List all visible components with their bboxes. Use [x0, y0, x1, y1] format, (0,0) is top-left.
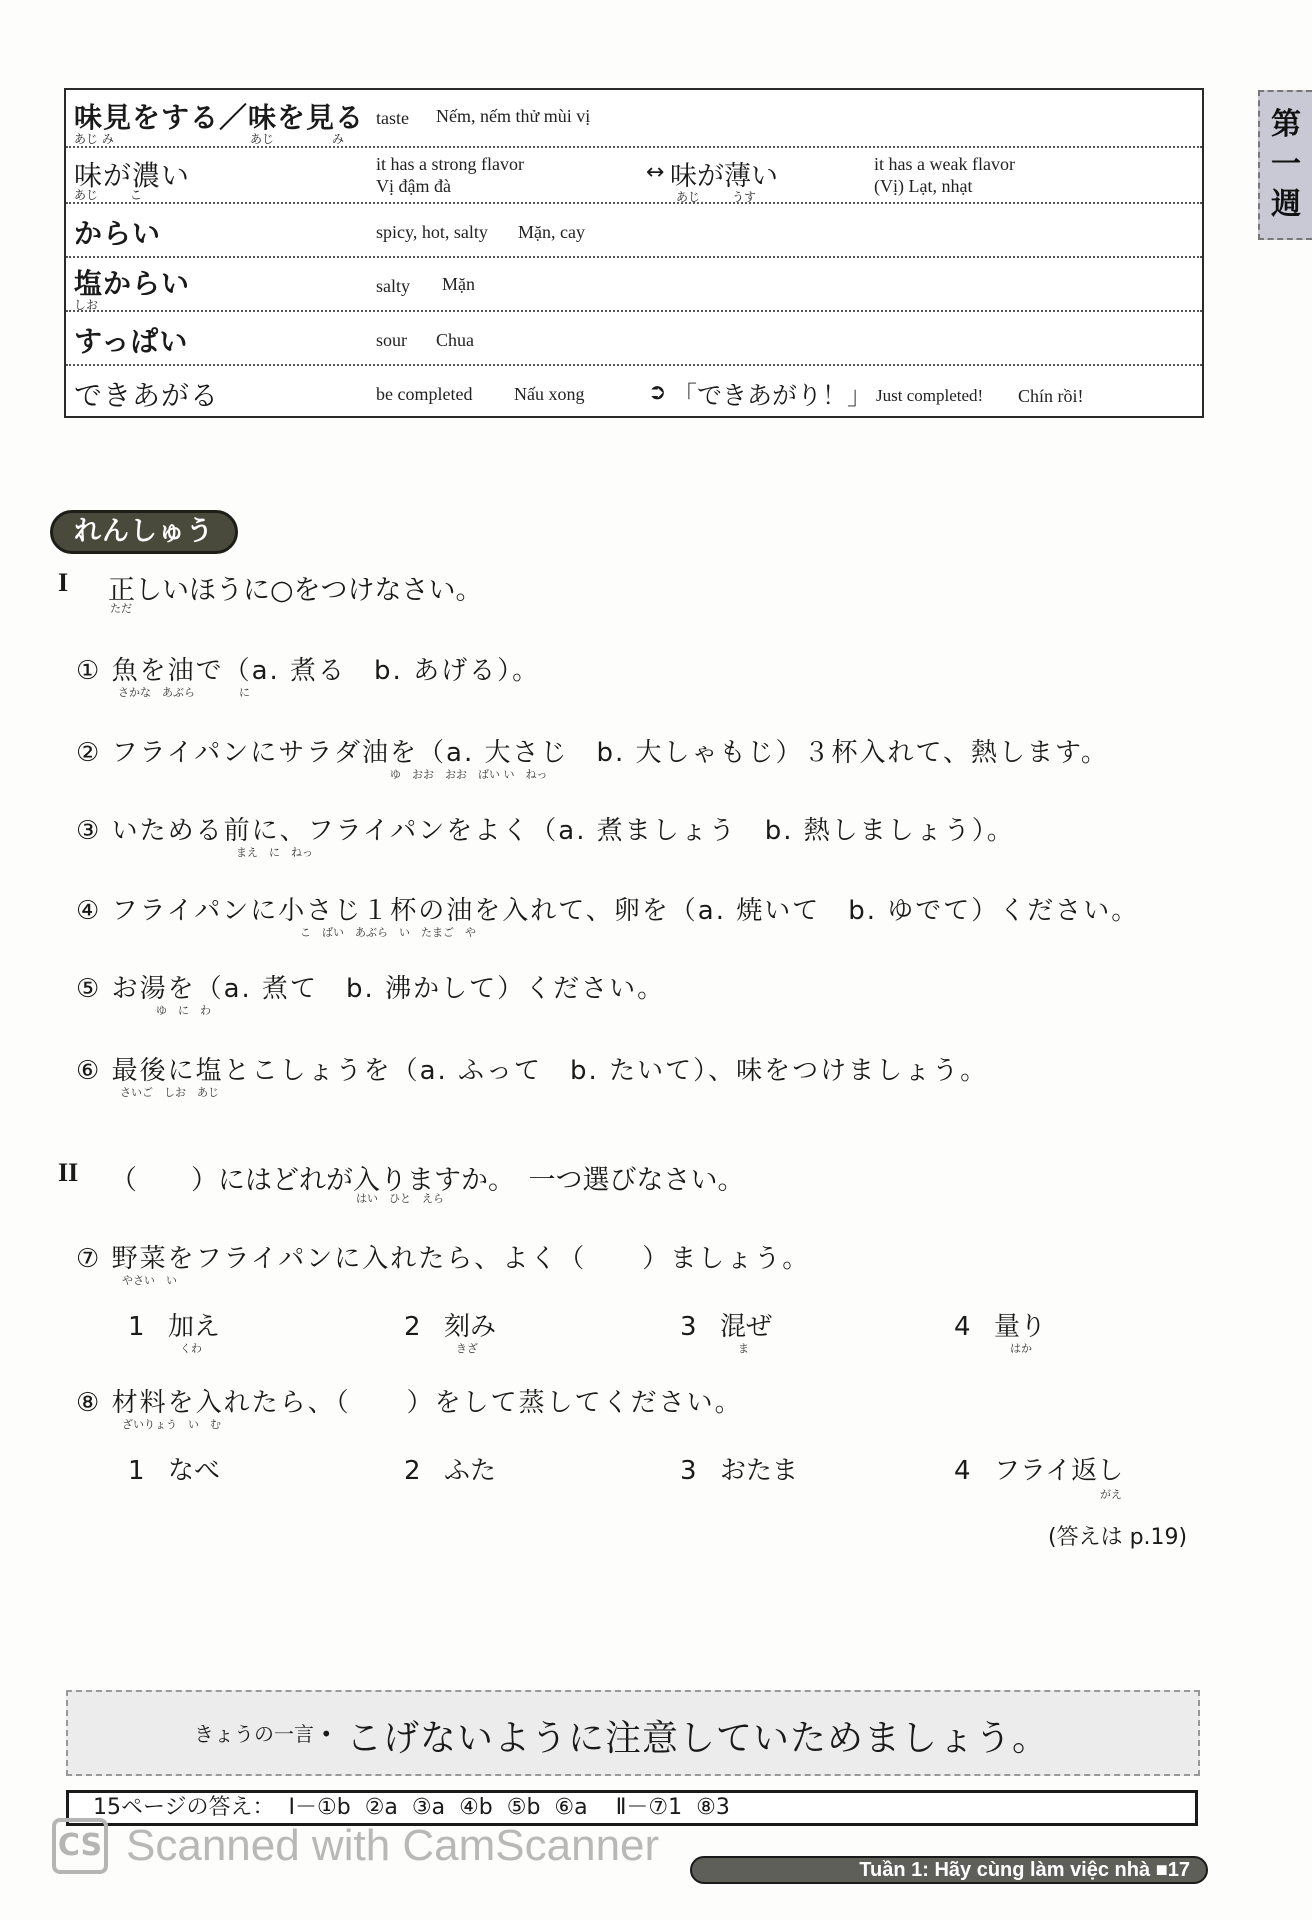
vocab-row: 塩からい しお salty Mặn — [66, 258, 1202, 312]
furigana: くわ — [180, 1340, 202, 1356]
antonym-english: it has a weak flavor — [874, 154, 1015, 175]
vocab-english: spicy, hot, salty — [376, 222, 488, 243]
phrase-label: きょうの一言 • — [194, 1718, 332, 1747]
furigana: ただ — [110, 600, 132, 616]
week-tab: 第 一 週 — [1258, 90, 1312, 240]
page-number: ■17 — [1156, 1859, 1190, 1881]
vocab-term: できあがる — [74, 374, 219, 414]
vocab-english: salty — [376, 276, 410, 297]
bullet-icon: • — [320, 1722, 332, 1746]
vocab-term: からい — [74, 212, 161, 252]
week-tab-char: 一 — [1271, 145, 1301, 185]
furigana: さいご しお あじ — [120, 1084, 219, 1100]
choice-2[interactable]: 2ふた — [404, 1450, 496, 1487]
camscanner-watermark: CS Scanned with CamScanner — [52, 1818, 659, 1874]
part2-numeral: II — [58, 1158, 78, 1188]
choice-1[interactable]: 1加え — [128, 1306, 220, 1343]
furigana: はい ひと えら — [356, 1190, 444, 1206]
vocab-english: sour — [376, 330, 407, 351]
furigana: がえ — [1100, 1486, 1122, 1502]
related-term: 「できあがり！」 — [672, 376, 872, 412]
vocab-vietnamese: Nếm, nếm thử mùi vị — [436, 106, 590, 127]
furigana: うす — [732, 188, 756, 205]
furigana: あじ み — [74, 130, 114, 147]
furigana: ま — [738, 1340, 749, 1356]
vocab-row: 味が濃い あじ こ it has a strong flavor Vị đậm … — [66, 148, 1202, 204]
vocab-row: できあがる be completed Nấu xong ➲ 「できあがり！」 J… — [66, 366, 1202, 418]
choice-3[interactable]: 3おたま — [680, 1450, 798, 1487]
furigana: あじ — [74, 186, 98, 203]
part1-instruction: 正しいほうに○をつけなさい。 — [108, 568, 483, 607]
watermark-text: Scanned with CamScanner — [126, 1821, 659, 1871]
question-text: ③ いためる前に、フライパンをよく（a. 煮ましょう b. 熱しましょう）。 — [76, 810, 1015, 847]
vocab-row: からい spicy, hot, salty Mặn, cay — [66, 204, 1202, 258]
part1-numeral: I — [58, 568, 68, 598]
vocab-vietnamese: Chua — [436, 330, 474, 351]
furigana: あじ — [676, 188, 700, 205]
furigana: ゆ おお おお ばい い ねっ — [390, 766, 548, 782]
antonym-vietnamese: (Vị) Lạt, nhạt — [874, 176, 972, 197]
footer-chapter: Tuần 1: Hãy cùng làm việc nhà ■17 — [690, 1856, 1208, 1884]
vocab-row: すっぱい sour Chua — [66, 312, 1202, 366]
vocab-vietnamese: Mặn, cay — [518, 222, 585, 243]
vocab-term: 味見をする／味を見る — [74, 96, 364, 136]
choice-4[interactable]: 4フライ返し — [954, 1450, 1123, 1487]
furigana: きざ — [456, 1340, 478, 1356]
choice-1[interactable]: 1なべ — [128, 1450, 220, 1487]
furigana: はか — [1010, 1340, 1032, 1356]
antonym-arrow-icon: ↔ — [646, 160, 664, 185]
furigana: こ — [130, 186, 142, 203]
furigana: み — [332, 130, 344, 147]
vocab-vietnamese: Mặn — [442, 274, 475, 295]
vocab-vietnamese: Vị đậm đà — [376, 176, 451, 197]
vocab-term: すっぱい — [74, 320, 188, 360]
question-text: ⑦ 野菜をフライパンに入れたら、よく（ ）ましょう。 — [76, 1238, 810, 1275]
week-tab-char: 週 — [1271, 185, 1301, 225]
choice-3[interactable]: 3混ぜ — [680, 1306, 772, 1343]
furigana: ざいりょう い む — [122, 1416, 221, 1432]
furigana: やさい い — [122, 1272, 177, 1288]
furigana: さかな あぶら に — [118, 684, 250, 700]
related-arrow-icon: ➲ — [648, 380, 666, 405]
question-text: ④ フライパンに小さじ１杯の油を入れて、卵を（a. 焼いて b. ゆでて）くださ… — [76, 890, 1139, 927]
related-vietnamese: Chín rồi! — [1018, 386, 1084, 407]
phrase-of-the-day: きょうの一言 • こげないように注意していためましょう。 — [66, 1690, 1200, 1776]
choice-2[interactable]: 2刻み — [404, 1306, 496, 1343]
question-text: ⑥ 最後に塩とこしょうを（a. ふって b. たいて）、味をつけましょう。 — [76, 1050, 988, 1087]
furigana: あじ — [250, 130, 274, 147]
related-english: Just completed! — [876, 386, 983, 406]
camscanner-logo-icon: CS — [52, 1818, 108, 1874]
chapter-title: Tuần 1: Hãy cùng làm việc nhà — [859, 1859, 1150, 1881]
furigana: しお — [74, 296, 98, 313]
vocab-vietnamese: Nấu xong — [514, 384, 585, 405]
vocab-table: 味見をする／味を見る あじ み あじ み taste Nếm, nếm thử … — [64, 88, 1204, 418]
question-text: ⑧ 材料を入れたら、（ ）をして蒸してください。 — [76, 1382, 743, 1419]
vocab-english: it has a strong flavor — [376, 154, 524, 175]
question-text: ① 魚を油で（a. 煮る b. あげる）。 — [76, 650, 540, 687]
practice-badge: れんしゅう — [50, 510, 238, 554]
answer-reference: (答えは p.19) — [1048, 1520, 1187, 1551]
vocab-english: be completed — [376, 384, 472, 405]
question-text: ⑤ お湯を（a. 煮て b. 沸かして）ください。 — [76, 968, 665, 1005]
furigana: こ ばい あぶら い たまご や — [300, 924, 476, 940]
furigana: まえ に ねっ — [236, 844, 313, 860]
choice-4[interactable]: 4量り — [954, 1306, 1046, 1343]
week-tab-char: 第 — [1271, 105, 1301, 145]
vocab-row: 味見をする／味を見る あじ み あじ み taste Nếm, nếm thử … — [66, 90, 1202, 148]
furigana: ゆ に わ — [156, 1002, 211, 1018]
phrase-text: こげないように注意していためましょう。 — [346, 1710, 1049, 1761]
vocab-english: taste — [376, 108, 409, 129]
question-text: ② フライパンにサラダ油を（a. 大さじ b. 大しゃもじ）３杯入れて、熱します… — [76, 732, 1109, 769]
